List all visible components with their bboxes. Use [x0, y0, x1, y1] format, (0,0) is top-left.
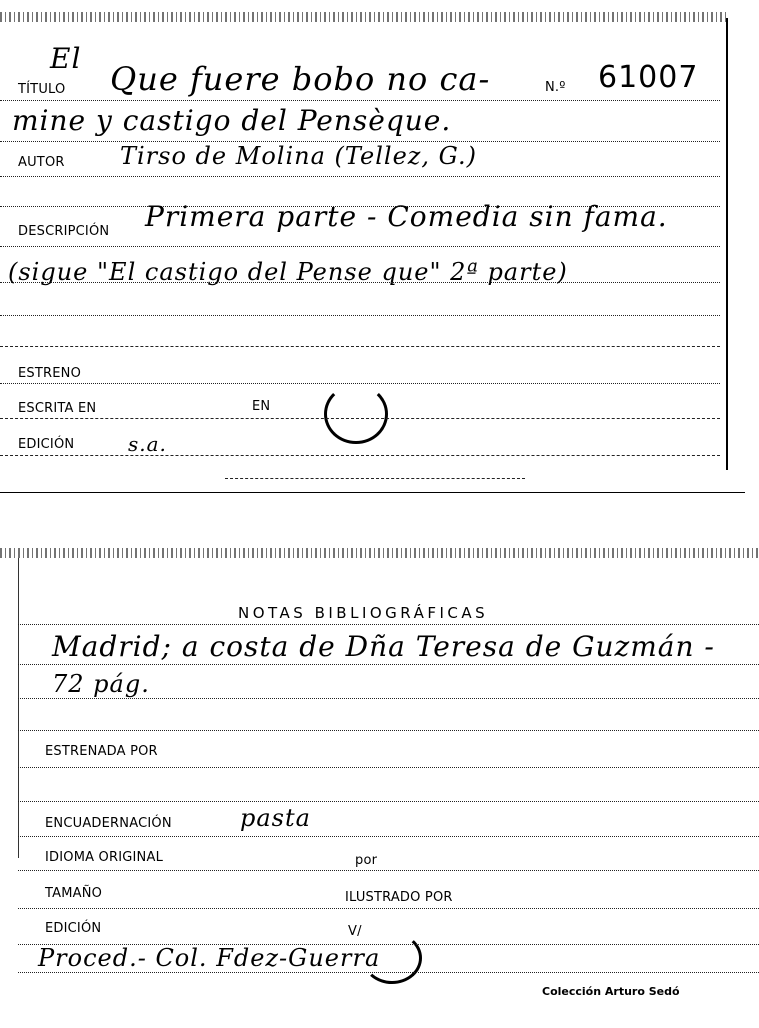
field-rule [18, 698, 759, 699]
field-rule [0, 418, 720, 419]
field-rule [0, 282, 720, 283]
estrenada-por-label: Estrenada por [45, 744, 158, 759]
field-rule [0, 315, 720, 316]
edicion-label: Edición [18, 437, 74, 452]
field-rule [0, 346, 720, 347]
autor-value: Tirso de Molina (Tellez, G.) [120, 142, 477, 170]
titulo-value-line2: mine y castigo del Pensèque. [12, 104, 451, 137]
field-rule [18, 972, 759, 973]
notas-line1: Madrid; a costa de Dña Teresa de Guzmán … [52, 630, 715, 663]
en-label: En [252, 399, 270, 414]
idioma-original-label: Idioma original [45, 850, 163, 865]
titulo-value-line1: Que fuere bobo no ca- [110, 60, 490, 98]
procedencia-value: Proced.- Col. Fdez-Guerra [38, 944, 380, 972]
field-rule [0, 100, 720, 101]
field-rule [18, 908, 759, 909]
catalog-card-back: Notas bibliográficas Madrid; a costa de … [0, 540, 759, 1028]
field-rule [0, 176, 720, 177]
catalog-card-front: El Título Que fuere bobo no ca- N.º 6100… [0, 0, 759, 495]
field-rule [18, 801, 759, 802]
card-border-left [18, 558, 19, 858]
field-rule [18, 767, 759, 768]
ilustrado-por-label: Ilustrado por [345, 890, 453, 905]
descripcion-label: Descripción [18, 224, 109, 239]
titulo-label: Título [18, 82, 65, 97]
field-rule [0, 455, 720, 456]
edicion-label-bottom: Edición [45, 921, 101, 936]
notas-heading: Notas bibliográficas [238, 604, 488, 622]
numero-label: N.º [545, 80, 566, 95]
tamano-label: Tamaño [45, 886, 102, 901]
notas-line2: 72 pág. [52, 670, 150, 698]
field-rule [18, 870, 759, 871]
title-article: El [50, 42, 81, 75]
numero-value: 61007 [598, 60, 698, 95]
autor-label: Autor [18, 155, 65, 170]
torn-edge [0, 12, 729, 22]
edicion-value: s.a. [128, 432, 167, 456]
v-label: V/ [348, 924, 362, 939]
field-rule [18, 624, 759, 625]
por-label: por [355, 853, 377, 868]
collection-credit: Colección Arturo Sedó [542, 985, 680, 998]
stamp-mark [324, 384, 388, 444]
field-rule [18, 664, 759, 665]
estreno-label: Estreno [18, 366, 81, 381]
escrita-en-label: Escrita en [18, 401, 96, 416]
field-rule [18, 730, 759, 731]
card-separator [0, 492, 745, 493]
encuadernacion-label: Encuadernación [45, 816, 172, 831]
card-border-right [726, 18, 728, 470]
torn-edge [0, 548, 759, 558]
field-rule [18, 836, 759, 837]
field-rule [0, 246, 720, 247]
encuadernacion-value: pasta [240, 804, 311, 832]
descripcion-value-line1: Primera parte - Comedia sin fama. [145, 200, 668, 233]
card-edge-fragment [225, 478, 525, 479]
